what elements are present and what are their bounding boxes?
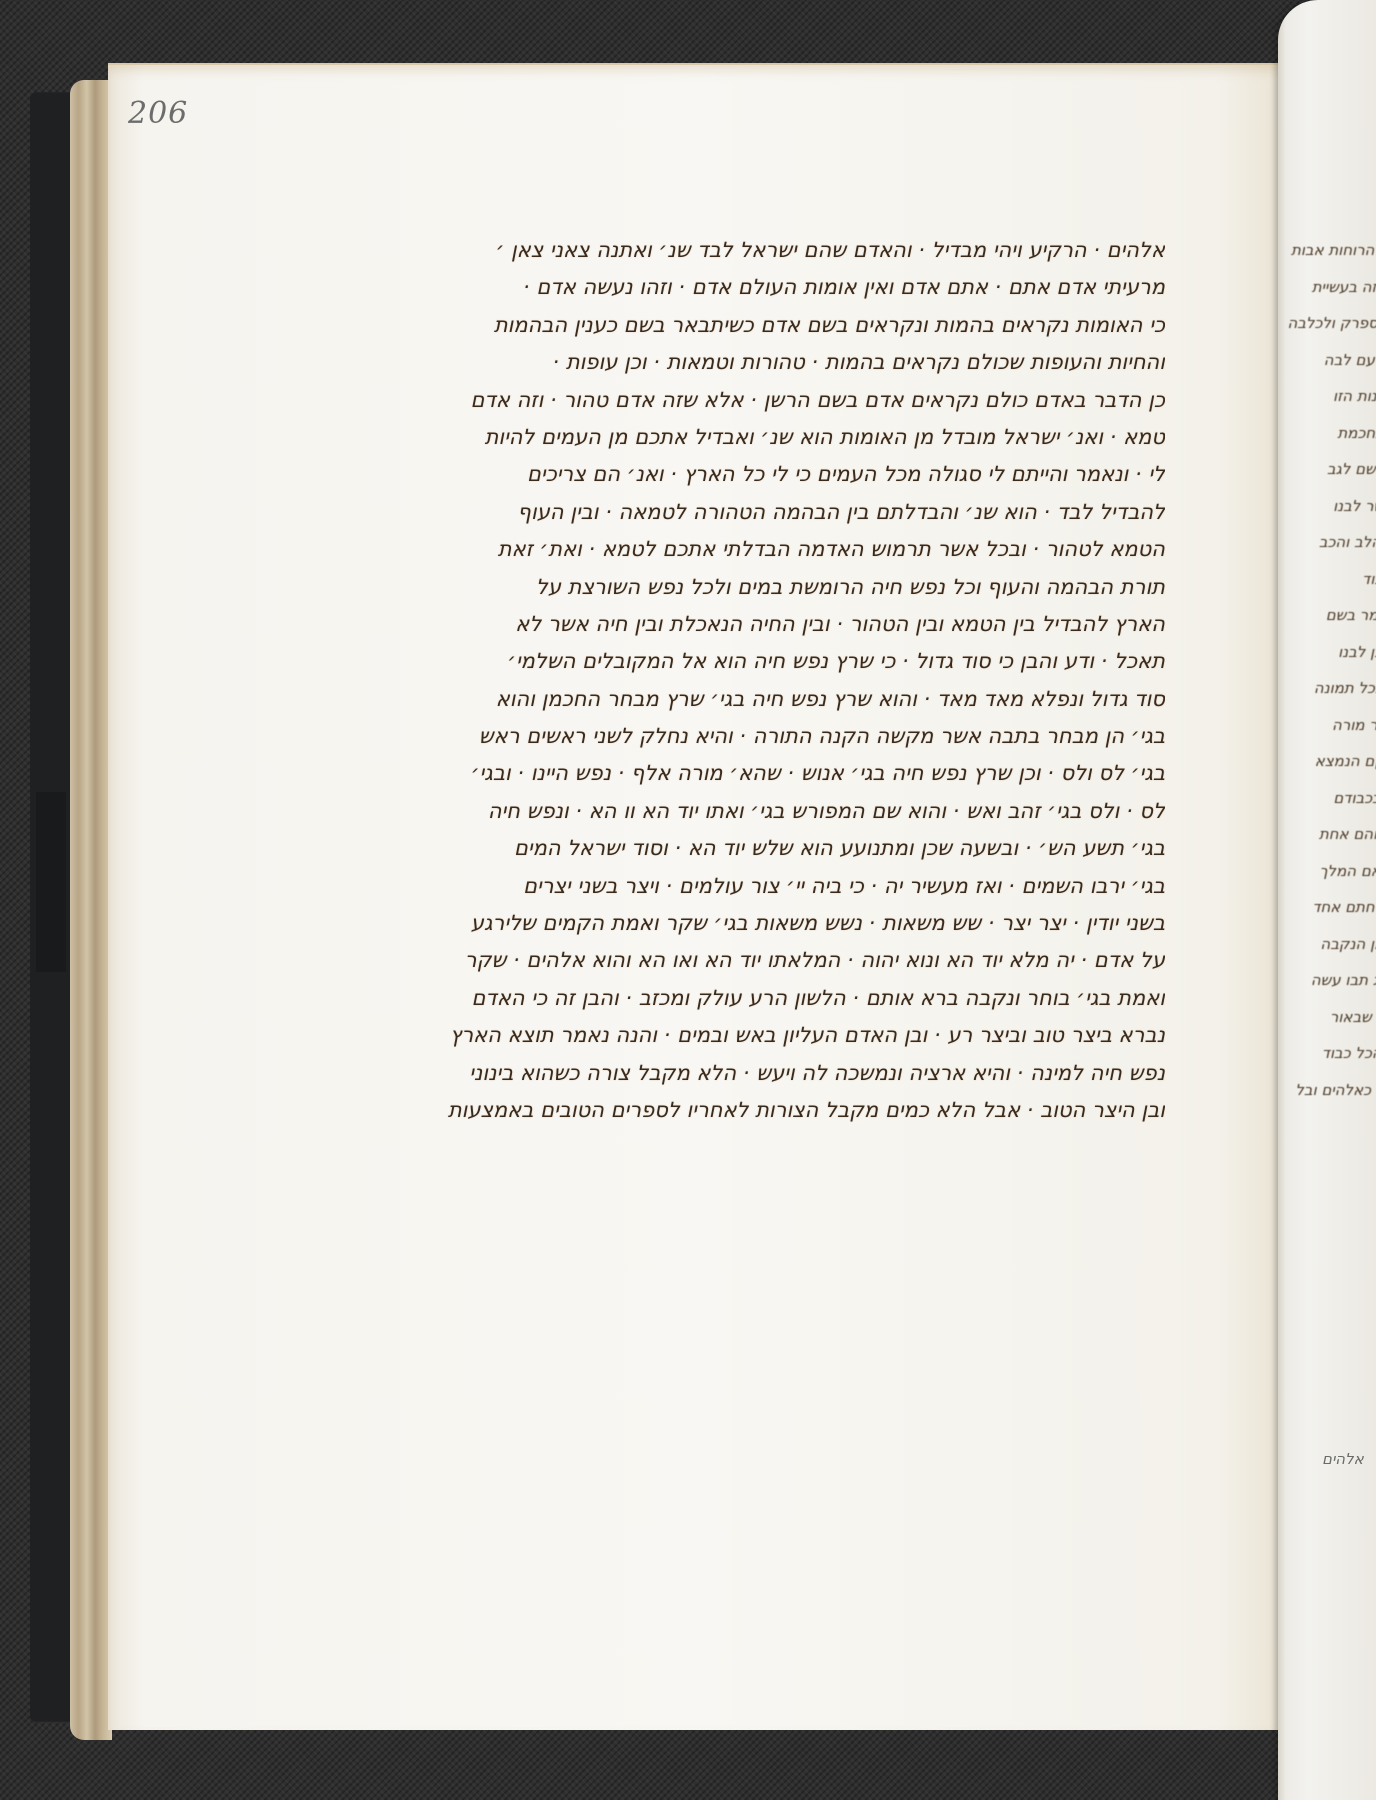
right-page: והוא אם הרוחות אבות ומשנה הזה בעשיית ורג… [1278,0,1376,1800]
text-line: ובם והוא שבאור [1292,999,1376,1036]
text-line: בשמיים הלב והכב [1292,524,1376,561]
text-line: נברא ביצר טוב וביצר רע · ובן האדם העליון… [380,1017,1165,1054]
text-line: בשני יודין · יצר יצר · שש משאות · נשש מש… [380,905,1165,942]
text-line: תאכל · ודע והבן כי סוד גדול · כי שרץ נפש… [380,643,1165,680]
text-line: לי · ונאמר והייתם לי סגולה מכל העמים כי … [380,456,1165,493]
text-line: ובם ובה והם אחת [1292,816,1376,853]
text-line: חלק שחר מורה [1292,707,1376,744]
text-line: ותם חלקם הנמצא [1292,743,1376,780]
catchword: אלהים [1322,1450,1364,1468]
text-line: לם לם יכן לבנו [1292,634,1376,671]
text-line: לשם שלג תבו עשה [1292,962,1376,999]
right-page-text-block: והוא אם הרוחות אבות ומשנה הזה בעשיית ורג… [1292,232,1376,1108]
text-line: מרעיתי אדם אתם · אתם אדם ואין אומות העול… [380,269,1165,306]
text-line: ובן היצר הטוב · אבל הלא כמים מקבל הצורות… [380,1092,1165,1129]
text-line: והובבבל חתם אחד [1292,889,1376,926]
text-line: שם · וין בכבודם [1292,780,1376,817]
text-line: ועם · אשר לבנו [1292,488,1376,525]
text-line: בגי׳ לס ולס · וכן שרץ נפש חיה בגי׳ אנוש … [380,755,1165,792]
text-line: בגי׳ ירבו השמים · ואז מעשיר יה · כי ביה … [380,868,1165,905]
text-line: בגי׳ תשע הש׳ · ובשעה שכן ומתנועע הוא שלש… [380,830,1165,867]
text-line: ואמת בגי׳ בוחר ונקבה ברא אותם · הלשון הר… [380,980,1165,1017]
text-line: אלהים · הרקיע ויהי מבדיל · והאדם שהם ישר… [380,232,1165,269]
left-page-text-block: אלהים · הרקיע ויהי מבדיל · והאדם שהם ישר… [380,232,1165,1129]
text-line: ובין שם הכל כבוד [1292,1035,1376,1072]
text-line: נפש חיה למינה · והיא ארציה ונמשכה לה ויע… [380,1055,1165,1092]
text-line: ואם קן בכל תמונה [1292,670,1376,707]
text-line: סודם · אשם לגב [1292,451,1376,488]
text-line: ורגלים בספרק ולכלבה [1292,305,1376,342]
text-line: הבאדם · כאלהים ובל [1292,1072,1376,1109]
text-line: הארץ להבדיל בין הטמא ובין הטהור · ובין ה… [380,606,1165,643]
text-line: כן הדבר באדם כולם נקראים אדם בשם הרשן · … [380,382,1165,419]
folio-number: 206 [128,96,188,131]
text-line: הכב הכבוד [1292,561,1376,598]
text-line: אמר ונאמר בשם [1292,597,1376,634]
text-line: להבדיל לבד · הוא שנ׳ והבדלתם בין הבהמה ה… [380,494,1165,531]
text-line: על אדם · יה מלא יוד הא ונוא יהוה · המלאת… [380,942,1165,979]
text-line: כי האומות נקראים בהמות ונקראים בשם אדם כ… [380,307,1165,344]
text-line: בגי׳ הן מבחר בתבה אשר מקשה הקנה התורה · … [380,718,1165,755]
text-line: הטמא לטהור · ובכל אשר תרמוש האדמה הבדלתי… [380,531,1165,568]
text-line: והחיות והעופות שכולם נקראים בהמות · טהור… [380,344,1165,381]
text-line: אלמן אמן הנקבה [1292,926,1376,963]
text-line: סוד גדול ונפלא מאד מאד · והוא שרץ נפש חי… [380,681,1165,718]
text-line: טמא · ואנ׳ ישראל מובדל מן האומות הוא שנ׳… [380,419,1165,456]
page-edges [70,80,112,1740]
text-line: תורת הבהמה והעוף וכל נפש חיה הרומשת במים… [380,569,1165,606]
text-line: והם והבאם המלך [1292,853,1376,890]
cover-board-tab [36,792,66,972]
text-line: לס · ולס בגי׳ זהב ואש · והוא שם המפורש ב… [380,793,1165,830]
text-line: ובעבור בחכמת [1292,415,1376,452]
text-line: ומשנה הזה בעשיית [1292,269,1376,306]
text-line: והוא אם הרוחות אבות [1292,232,1376,269]
text-line: ולבאר שנות הזו [1292,378,1376,415]
text-line: הלב שם עם לבה [1292,342,1376,379]
